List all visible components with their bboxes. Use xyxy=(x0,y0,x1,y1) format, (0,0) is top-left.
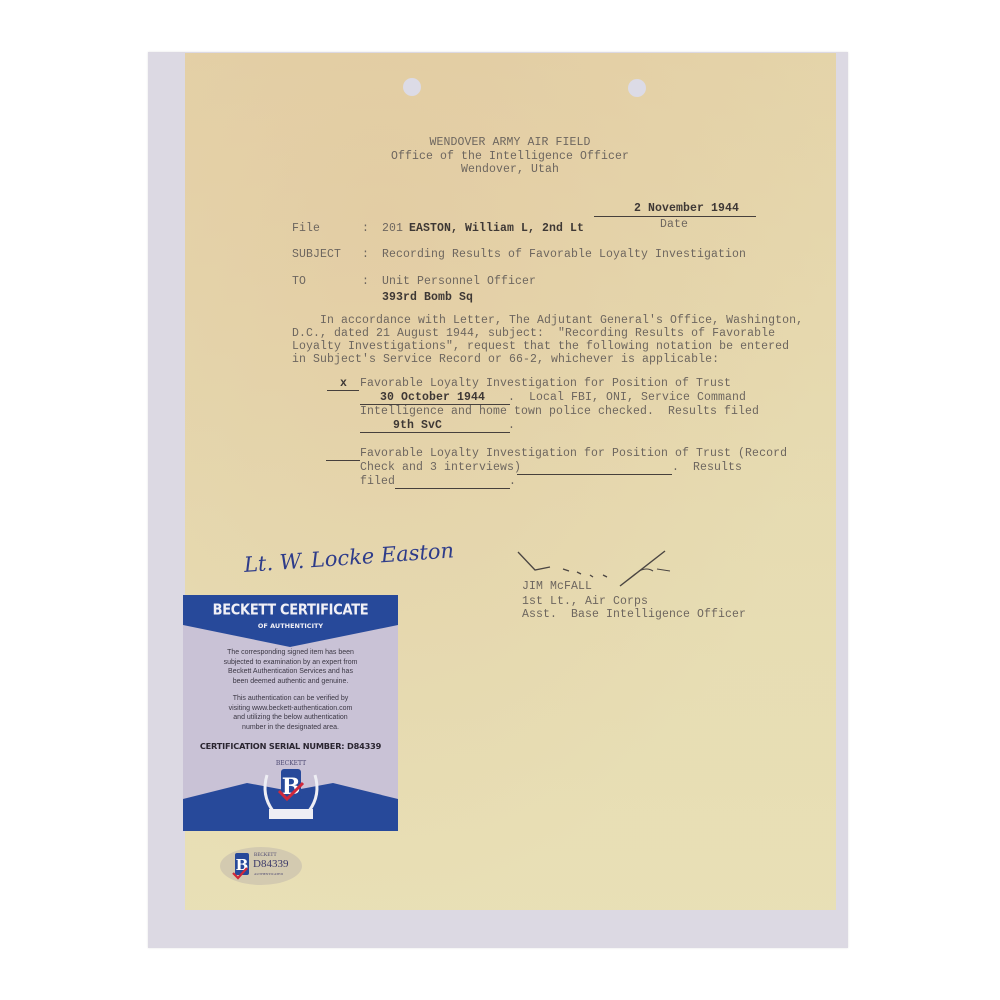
option1-date-filled: 30 October 1944 xyxy=(380,391,485,404)
body-line-2: D.C., dated 21 August 1944, subject: "Re… xyxy=(292,327,775,340)
date-value: 2 November 1944 xyxy=(634,202,739,215)
serial-label: CERTIFICATION SERIAL NUMBER: xyxy=(200,741,345,751)
option1-line2: . Local FBI, ONI, Service Command xyxy=(508,391,746,404)
svg-text:B: B xyxy=(236,856,249,874)
certificate-body2-line: number in the designated area. xyxy=(189,723,392,733)
to-value-line2: 393rd Bomb Sq xyxy=(382,291,473,304)
punch-hole-right xyxy=(628,79,646,97)
certificate-subtitle: OF AUTHENTICITY xyxy=(183,622,398,630)
certificate-body1-line: been deemed authentic and genuine. xyxy=(189,677,392,687)
certificate-body-paragraph-2: This authentication can be verified by v… xyxy=(189,694,392,732)
option1-checkbox-line xyxy=(327,390,359,391)
certificate-body2-line: visiting www.beckett-authentication.com xyxy=(189,704,392,714)
body-line-4: in Subject's Service Record or 66-2, whi… xyxy=(292,353,719,366)
option2-line3-end: . xyxy=(509,475,516,488)
to-value-line1: Unit Personnel Officer xyxy=(382,275,536,288)
signatory-name: JIM McFALL xyxy=(522,580,592,593)
sticker-caption: AUTHENTICATED xyxy=(254,872,283,876)
certificate-body1-line: Beckett Authentication Services and has xyxy=(189,667,392,677)
certificate-title: BECKETT CERTIFICATE xyxy=(183,602,398,619)
option2-line2: Check and 3 interviews) xyxy=(360,461,521,474)
date-label: Date xyxy=(660,218,688,231)
date-underline xyxy=(594,216,756,217)
file-value: EASTON, William L, 2nd Lt xyxy=(409,222,584,235)
beckett-certificate-card: BECKETT CERTIFICATE OF AUTHENTICITY The … xyxy=(183,595,398,831)
option2-line2-blank xyxy=(517,474,672,475)
punch-hole-left xyxy=(403,78,421,96)
signatory-title: Asst. Base Intelligence Officer xyxy=(522,608,746,621)
file-number: 201 xyxy=(382,222,403,235)
certificate-body-paragraph-1: The corresponding signed item has been s… xyxy=(189,648,392,686)
signatory-rank: 1st Lt., Air Corps xyxy=(522,595,648,608)
file-label: File xyxy=(292,222,320,235)
option2-line3-blank xyxy=(395,488,510,489)
letterhead-line3: Wendover, Utah xyxy=(340,163,680,176)
letterhead-line1: WENDOVER ARMY AIR FIELD xyxy=(340,136,680,149)
subject-separator: : xyxy=(362,248,369,261)
option1-line1: Favorable Loyalty Investigation for Posi… xyxy=(360,377,731,390)
option1-mark: x xyxy=(340,377,347,390)
certificate-body1-line: The corresponding signed item has been xyxy=(189,648,392,658)
file-separator: : xyxy=(362,222,369,235)
option2-checkbox-line xyxy=(326,460,360,461)
sticker-serial: D84339 xyxy=(253,858,288,870)
subject-label: SUBJECT xyxy=(292,248,341,261)
body-line-1: In accordance with Letter, The Adjutant … xyxy=(292,314,803,327)
svg-text:BECKETT: BECKETT xyxy=(276,760,306,767)
certificate-body2-line: and utilizing the below authentication xyxy=(189,713,392,723)
beckett-seal-icon: BECKETT B xyxy=(255,755,327,827)
option2-line2-end: . Results xyxy=(672,461,742,474)
option1-filed-with: 9th SvC xyxy=(393,419,442,432)
beckett-b-logo-icon: B xyxy=(232,853,254,881)
option2-line1: Favorable Loyalty Investigation for Posi… xyxy=(360,447,787,460)
subject-value: Recording Results of Favorable Loyalty I… xyxy=(382,248,746,261)
option2-line3: filed xyxy=(360,475,395,488)
certificate-body1-line: subjected to examination by an expert fr… xyxy=(189,658,392,668)
option1-line4-end: . xyxy=(508,419,515,432)
letterhead-line2: Office of the Intelligence Officer xyxy=(340,150,680,163)
certificate-body2-line: This authentication can be verified by xyxy=(189,694,392,704)
serial-number: D84339 xyxy=(347,741,381,751)
option1-line3: Intelligence and home town police checke… xyxy=(360,405,759,418)
to-label: TO xyxy=(292,275,306,288)
body-line-3: Loyalty Investigations", request that th… xyxy=(292,340,789,353)
beckett-sticker: B BECKETT D84339 AUTHENTICATED xyxy=(220,847,302,885)
option1-filed-underline xyxy=(360,432,510,433)
to-separator: : xyxy=(362,275,369,288)
certificate-serial: CERTIFICATION SERIAL NUMBER: D84339 xyxy=(183,741,398,751)
